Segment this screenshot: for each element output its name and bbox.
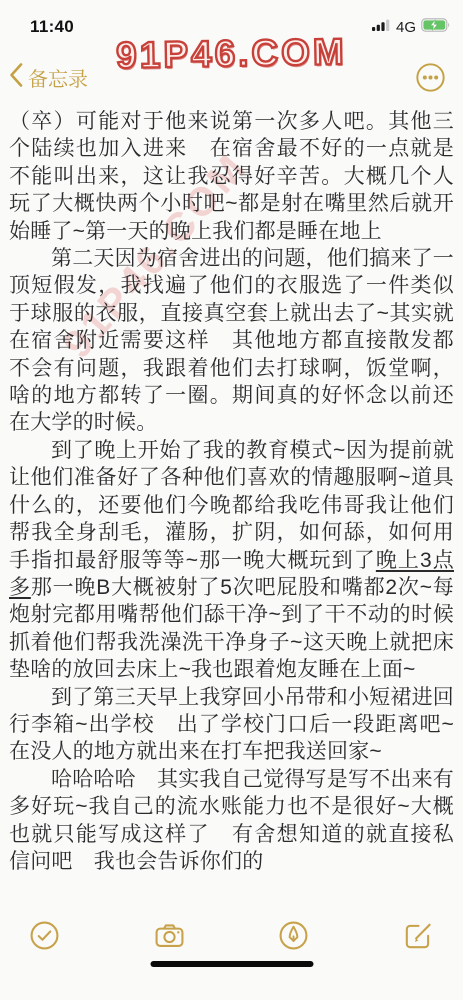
chevron-left-icon	[8, 62, 24, 93]
note-text: 第二天因为宿舍进出的问题，他们搞来了一顶短假发，我找遍了他们的衣服选了一件类似于…	[9, 247, 454, 434]
note-paragraph: （卒）可能对于他来说第一次多人吧。其他三个陆续也加入进来 在宿舍最不好的一点就是…	[9, 108, 454, 245]
camera-icon	[153, 919, 186, 952]
note-text: 哈哈哈哈 其实我自己觉得写是写不出来有多好玩~我自己的流水账能力也不是很好~大概…	[9, 768, 454, 873]
compose-button[interactable]	[402, 919, 435, 952]
bottom-toolbar	[0, 919, 463, 952]
network-type-label: 4G	[396, 19, 416, 36]
camera-button[interactable]	[153, 919, 186, 952]
back-button-label: 备忘录	[28, 63, 88, 92]
note-paragraph: 第二天因为宿舍进出的问题，他们搞来了一顶短假发，我找遍了他们的衣服选了一件类似于…	[9, 245, 454, 437]
markup-pen-icon	[277, 919, 310, 952]
note-paragraph: 哈哈哈哈 其实我自己觉得写是写不出来有多好玩~我自己的流水账能力也不是很好~大概…	[9, 766, 454, 876]
clock: 11:40	[30, 17, 74, 37]
ellipsis-circle-icon	[415, 80, 446, 97]
note-paragraph: 到了晚上开始了我的教育模式~因为提前就让他们准备好了各种他们喜欢的情趣服啊~道具…	[9, 437, 454, 684]
note-body[interactable]: （卒）可能对于他来说第一次多人吧。其他三个陆续也加入进来 在宿舍最不好的一点就是…	[0, 104, 463, 875]
status-bar: 11:40 4G	[0, 0, 463, 44]
compose-icon	[402, 919, 435, 952]
status-indicators: 4G	[372, 18, 451, 37]
note-text: 到了第三天早上我穿回小吊带和小短裙进回行李箱~出学校 出了学校门口后一段距离吧~…	[9, 686, 454, 764]
cellular-signal-icon	[372, 18, 391, 36]
more-options-button[interactable]	[415, 62, 446, 93]
note-text: （卒）可能对于他来说第一次多人吧。其他三个陆续也加入进来 在宿舍最不好的一点就是…	[9, 110, 454, 243]
nav-bar: 备忘录	[0, 52, 463, 102]
note-text: 那一晚B大概被射了5次吧屁股和嘴都2次~每炮射完都用嘴帮他们舔干净~到了干不动的…	[9, 576, 454, 681]
battery-charging-icon	[421, 18, 451, 37]
back-button[interactable]: 备忘录	[8, 62, 88, 93]
note-paragraph: 到了第三天早上我穿回小吊带和小短裙进回行李箱~出学校 出了学校门口后一段距离吧~…	[9, 684, 454, 766]
markup-button[interactable]	[277, 919, 310, 952]
checklist-icon	[28, 919, 61, 952]
notes-app-screen: 11:40 4G 91P46.COM	[0, 0, 463, 1000]
home-indicator[interactable]	[150, 961, 313, 967]
checklist-button[interactable]	[28, 919, 61, 952]
